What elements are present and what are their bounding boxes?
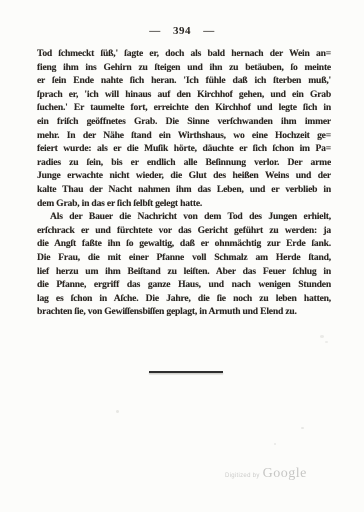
- section-divider: [149, 371, 223, 373]
- text-line: ſprach er, 'ich will hinaus auf den Kirc…: [37, 88, 331, 102]
- text-line: fieng ihm ins Gehirn zu ſteigen und ihn …: [37, 61, 331, 75]
- book-page: — 394 — Tod ſchmeckt ſüß,' ſagte er, doc…: [0, 0, 364, 512]
- text-line: lief herzu um ihm Beiſtand zu leiſten. A…: [37, 265, 331, 279]
- text-line: ein friſch geöffnetes Grab. Die Sinne ve…: [37, 115, 331, 129]
- text-line: Als der Bauer die Nachricht von dem Tod …: [37, 210, 331, 224]
- scan-speck: [274, 443, 276, 445]
- text-line: lag es ſchon in Aſche. Die Jahre, die ſi…: [37, 292, 331, 306]
- google-watermark: Digitized by Google: [225, 466, 307, 482]
- text-line: Die Frau, die mit einer Pfanne voll Schm…: [37, 251, 331, 265]
- text-line: die Angſt faßte ihn ſo gewaltig, daß er …: [37, 237, 331, 251]
- text-line: erſchrack er und fürchtete vor das Geric…: [37, 224, 331, 238]
- text-line: ſuchen.' Er taumelte fort, erreichte den…: [37, 101, 331, 115]
- text-line: kalte Thau der Nacht nahmen ihm das Lebe…: [37, 183, 331, 197]
- text-line: die Pfanne, ergriff das ganze Haus, und …: [37, 278, 331, 292]
- text-line: Junge erwachte nicht wieder, die Glut de…: [37, 169, 331, 183]
- scan-speck: [320, 335, 324, 338]
- text-line: er ſein Ende nahte ſich heran. 'Ich fühl…: [37, 74, 331, 88]
- text-line: radies zu ſein, bis er endlich alle Beſi…: [37, 156, 331, 170]
- page-number: — 394 —: [0, 25, 364, 37]
- scan-speck: [325, 341, 328, 343]
- text-line: feiert wurde: als er die Muſik hörte, dä…: [37, 142, 331, 156]
- scan-speck: [301, 427, 304, 429]
- text-line: mehr. In der Nähe ſtand ein Wirthshaus, …: [37, 129, 331, 143]
- body-text: Tod ſchmeckt ſüß,' ſagte er, doch als ba…: [37, 47, 331, 319]
- scan-speck: [116, 410, 119, 413]
- watermark-prefix-label: Digitized by: [225, 473, 260, 479]
- text-line: brachten ſie, von Gewiſſensbiſſen geplag…: [37, 305, 331, 319]
- google-logo: Google: [263, 466, 307, 482]
- text-line: Tod ſchmeckt ſüß,' ſagte er, doch als ba…: [37, 47, 331, 61]
- text-line: dem Grab, in das er ſich ſelbſt gelegt h…: [37, 197, 331, 211]
